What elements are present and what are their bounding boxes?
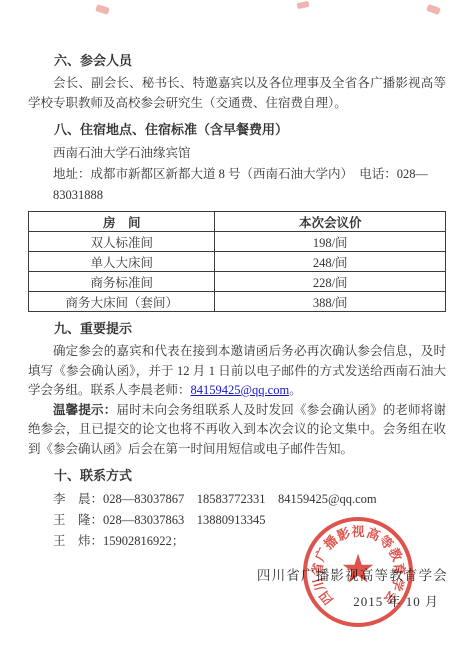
hotel-address-line: 地址：成都市新都区新都大道 8 号（西南石油大学内） 电话：028—830318… — [28, 164, 446, 206]
table-row: 商务标准间228/间 — [29, 272, 446, 292]
table-row: 双人标准间198/间 — [29, 232, 446, 252]
contact-list: 李 晨：028—83037867 18583772331 84159425@qq… — [28, 489, 446, 552]
warm-tip-label: 温馨提示： — [53, 403, 116, 417]
table-cell: 双人标准间 — [29, 232, 215, 252]
table-cell: 商务标准间 — [29, 272, 215, 292]
section-heading-participants: 六、参会人员 — [28, 51, 446, 71]
room-price-table-body: 双人标准间198/间单人大床间248/间商务标准间228/间商务大床间（套间）3… — [29, 232, 446, 312]
email-link[interactable]: 84159425@qq.com — [191, 383, 290, 397]
signature-date: 2015 年 10 月 — [353, 591, 439, 610]
seal-arc-char: 四 — [315, 587, 336, 608]
table-row: 单人大床间248/间 — [29, 252, 446, 272]
document-body: 六、参会人员 会长、副会长、秘书长、特邀嘉宾以及各位理事及全省各广播影视高等学校… — [0, 0, 474, 552]
room-price-table-header: 房 间本次会议价 — [29, 212, 446, 232]
seal-arc-char: 育 — [391, 561, 407, 577]
warm-tip-paragraph: 温馨提示：届时未向会务组联系人及时发回《参会确认函》的老师将谢绝参会，且已提交的… — [28, 401, 446, 460]
seal-arc-char: 省 — [309, 561, 325, 577]
table-row: 商务大床间（套间）388/间 — [29, 292, 446, 312]
confirmation-text-end: 。 — [289, 383, 302, 397]
table-column-header: 本次会议价 — [215, 212, 446, 232]
table-cell: 198/间 — [215, 232, 446, 252]
document-page: 六、参会人员 会长、副会长、秘书长、特邀嘉宾以及各位理事及全省各广播影视高等学校… — [0, 0, 474, 656]
table-cell: 388/间 — [215, 292, 446, 312]
contact-line: 王 隆：028—83037863 13880913345 — [28, 510, 446, 531]
table-cell: 商务大床间（套间） — [29, 292, 215, 312]
seal-arc-char: 学 — [388, 574, 407, 593]
seal-star-icon: ★ — [340, 550, 376, 590]
room-price-table: 房 间本次会议价 双人标准间198/间单人大床间248/间商务标准间228/间商… — [28, 211, 446, 312]
hotel-name: 西南石油大学石油缘宾馆 — [28, 143, 446, 164]
contact-line: 李 晨：028—83037867 18583772331 84159425@qq… — [28, 489, 446, 510]
section-heading-important-notes: 九、重要提示 — [28, 319, 446, 339]
seal-arc-char: 川 — [309, 574, 328, 593]
section-heading-accommodation: 八、住宿地点、住宿标准（含早餐费用） — [28, 120, 446, 140]
table-cell: 248/间 — [215, 252, 446, 272]
section-heading-contacts: 十、联系方式 — [28, 466, 446, 486]
table-cell: 228/间 — [215, 272, 446, 292]
contact-line: 王 炜：15902816922； — [28, 531, 446, 552]
table-column-header: 房 间 — [29, 212, 215, 232]
signature-org-name: 四川省广播影视高等教育学会 — [257, 564, 448, 584]
confirmation-paragraph: 确定参会的嘉宾和代表在接到本邀请函后务必再次确认参会信息，及时填写《参会确认函》… — [28, 342, 446, 401]
participants-paragraph: 会长、副会长、秘书长、特邀嘉宾以及各位理事及全省各广播影视高等学校专职教师及高校… — [28, 74, 446, 113]
seal-arc-char: 会 — [380, 587, 401, 608]
table-cell: 单人大床间 — [29, 252, 215, 272]
